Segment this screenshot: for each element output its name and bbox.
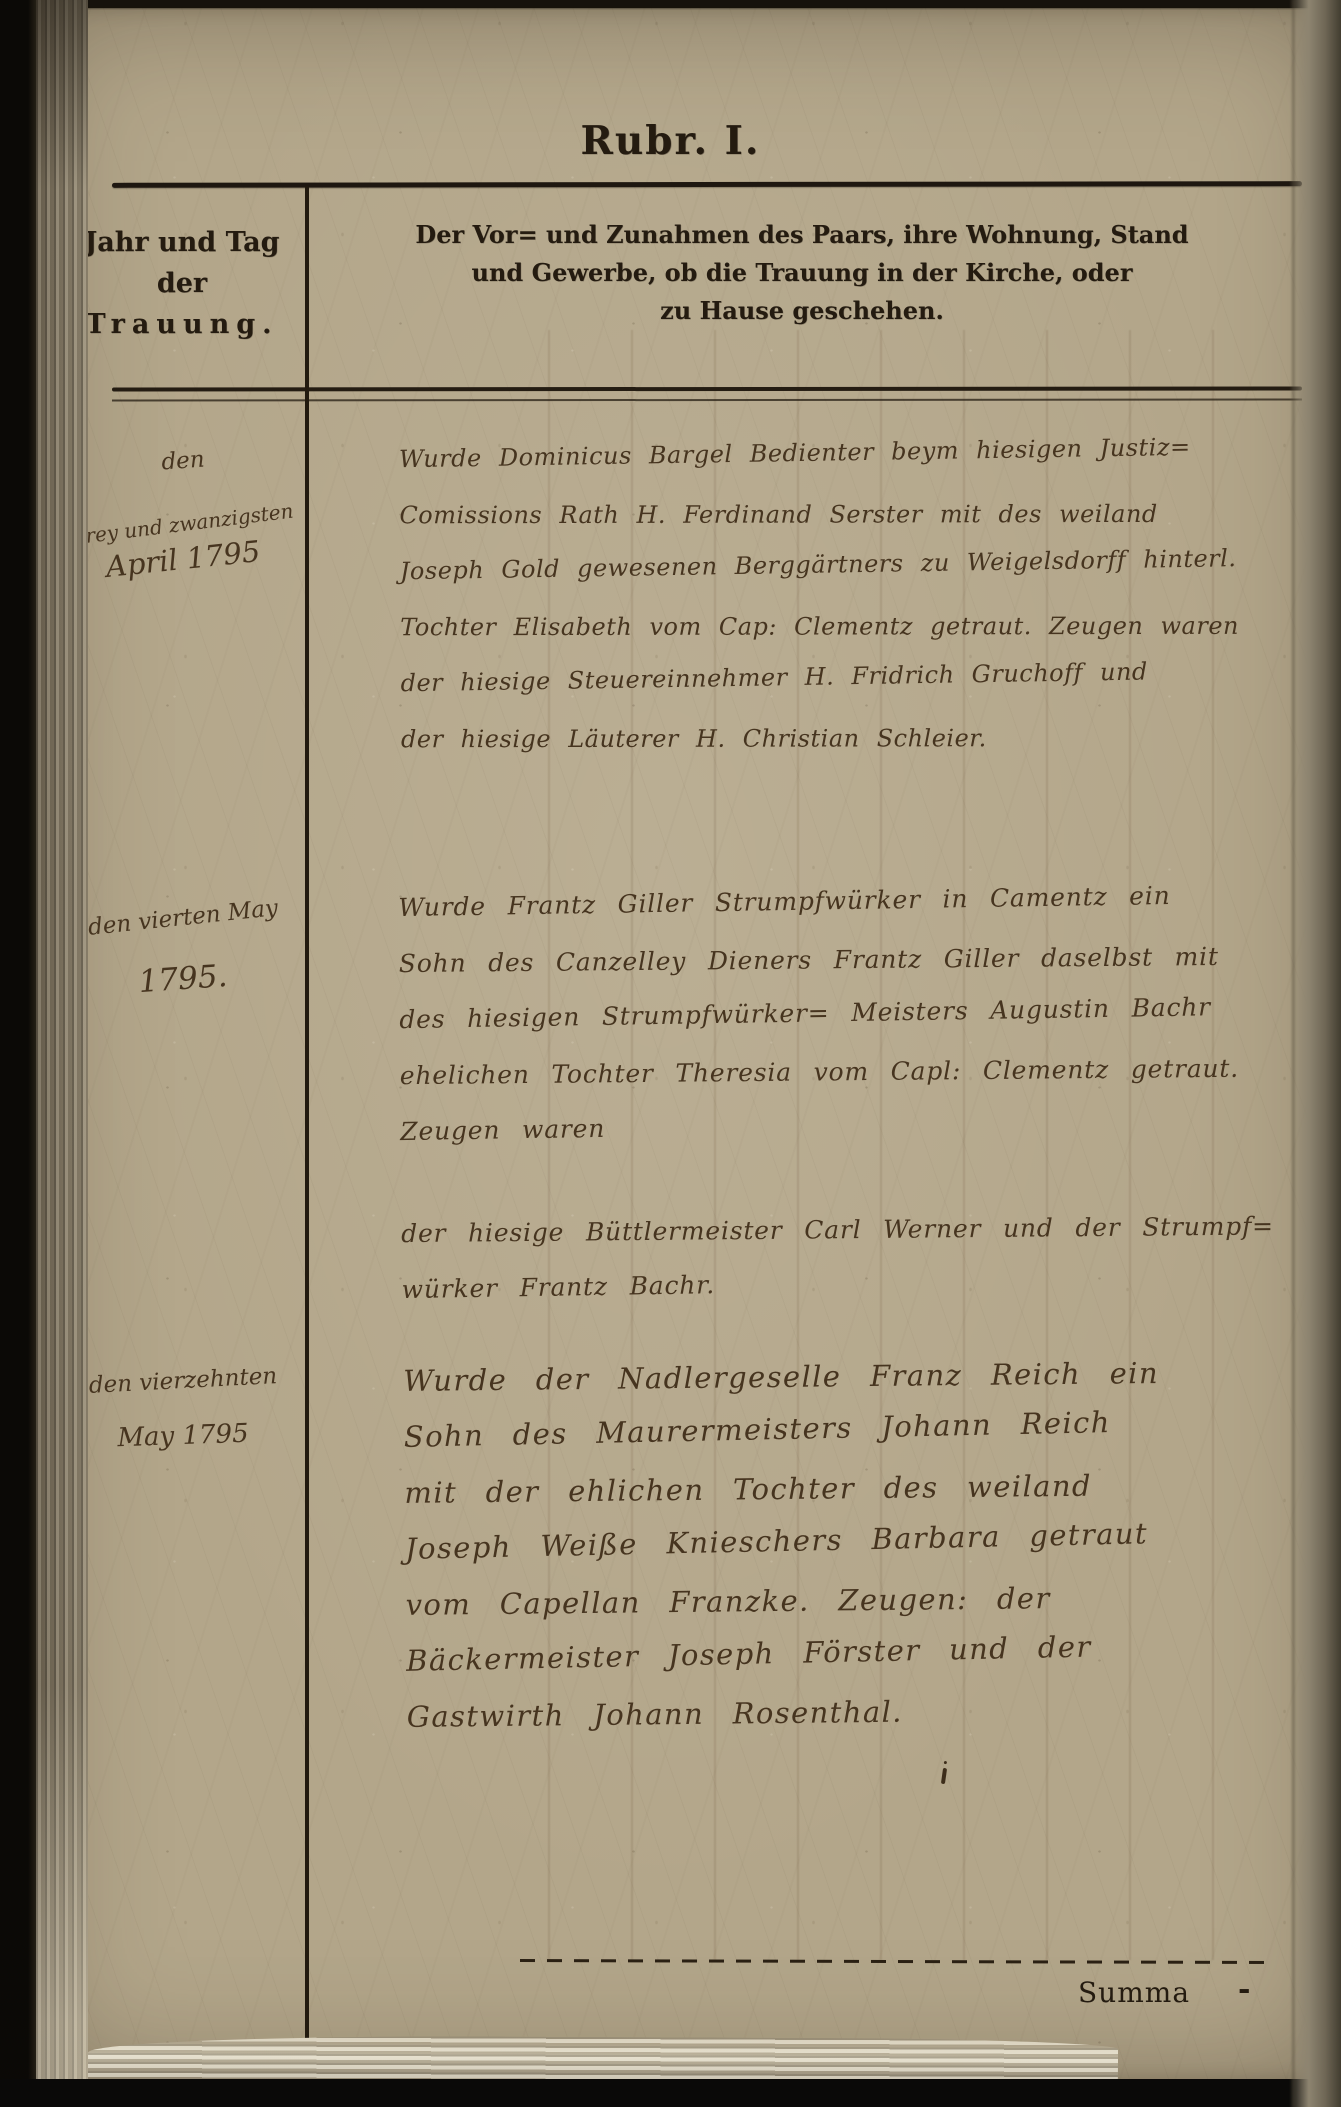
entry-text-line: Gastwirth Johann Rosenthal. bbox=[406, 1679, 1341, 1745]
entry-text-line: der hiesige Läuterer H. Christian Schlei… bbox=[401, 710, 1336, 768]
entry-1-date: den drey und zwanzigsten April 1795 bbox=[58, 448, 308, 576]
column-header-date: Jahr und Tag der Trauung. bbox=[58, 222, 306, 345]
entry-2-text: Wurde Frantz Giller Strumpfwürker in Cam… bbox=[398, 872, 1337, 1318]
entry-2-date: den vierten May 1795. bbox=[58, 905, 308, 997]
page-title: Rubr. I. bbox=[0, 118, 1341, 164]
scanned-register-page: Rubr. I. Jahr und Tag der Trauung. Der V… bbox=[0, 0, 1341, 2107]
summa-label: Summa bbox=[1078, 1976, 1190, 2009]
photo-edge-bottom bbox=[0, 2079, 1341, 2107]
header-line: Jahr und Tag bbox=[58, 222, 306, 263]
header-line: zu Hause geschehen. bbox=[318, 292, 1286, 330]
date-line: den vierzehnten bbox=[57, 1361, 308, 1400]
entry-1-text: Wurde Dominicus Bargel Bedienter beym hi… bbox=[399, 425, 1336, 768]
entry-3-text: Wurde der Nadlergeselle Franz Reich ein … bbox=[403, 1343, 1341, 1745]
summa-dash: - bbox=[1238, 1972, 1250, 2007]
column-header-names: Der Vor= und Zunahmen des Paars, ihre Wo… bbox=[318, 216, 1286, 330]
date-line: May 1795 bbox=[58, 1417, 309, 1456]
book-page-stack-left bbox=[36, 0, 88, 2107]
header-line: und Gewerbe, ob die Trauung in der Kirch… bbox=[318, 254, 1286, 292]
header-line: der bbox=[58, 263, 306, 304]
entry-3-date: den vierzehnten May 1795 bbox=[58, 1368, 308, 1451]
photo-edge-right bbox=[1289, 0, 1341, 2107]
book-page-stack-bottom bbox=[88, 2035, 1118, 2083]
photo-edge-top bbox=[0, 0, 1341, 10]
header-line: Trauung. bbox=[58, 304, 306, 345]
header-line: Der Vor= und Zunahmen des Paars, ihre Wo… bbox=[318, 216, 1286, 254]
photo-edge-left bbox=[0, 0, 36, 2107]
